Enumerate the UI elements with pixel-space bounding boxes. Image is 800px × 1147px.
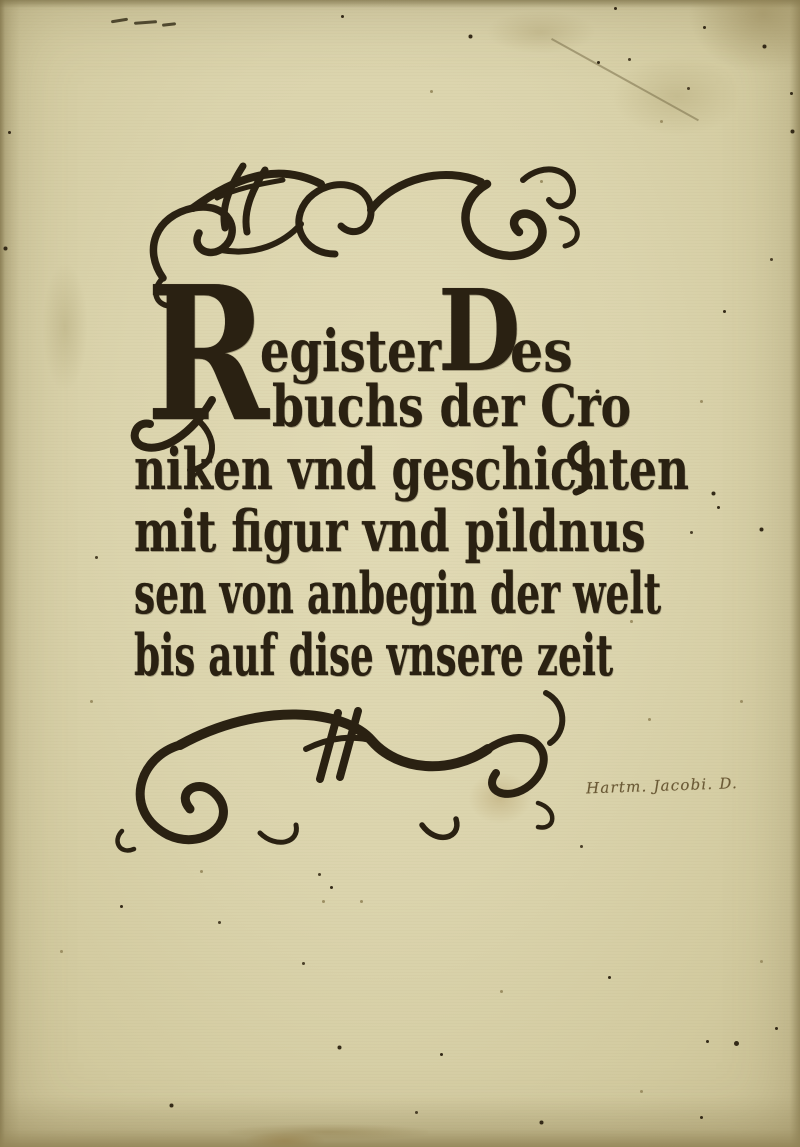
title-line-1-segment: egister: [260, 322, 441, 380]
title-line: niken vnd geschichten: [134, 441, 689, 498]
paper-stain: [42, 262, 88, 392]
paper-stain: [612, 56, 742, 136]
page-edge-top: [0, 0, 800, 8]
page-edge-bottom: [0, 1095, 800, 1147]
title-line: sen von anbegin der welt: [134, 565, 661, 622]
owner-inscription: Hartm. Jacobi. D.: [586, 773, 782, 798]
ink-dash-mark: [162, 22, 176, 26]
paper-stain: [486, 10, 596, 54]
title-line-1-segment: es: [510, 322, 573, 380]
foxing-speckles: [0, 0, 3, 3]
scratch-mark: [551, 38, 699, 121]
illuminated-initial-d: D: [438, 276, 521, 388]
manuscript-page: R egister D es buchs der Cro niken vnd g…: [0, 0, 800, 1147]
title-line: buchs der Cro: [272, 378, 631, 435]
page-edge-left: [0, 0, 20, 1147]
title-line: mit figur vnd pildnus: [134, 503, 645, 560]
ink-dash-mark: [111, 18, 128, 24]
paper-stain: [468, 772, 532, 824]
ink-dash-mark: [134, 20, 157, 25]
page-edge-right: [790, 0, 800, 1147]
calligraphic-flourish-bottom: [110, 683, 575, 861]
illuminated-initial-r: R: [146, 262, 269, 447]
paper-smudge: [228, 1124, 428, 1140]
title-line: bis auf dise vnsere zeit: [134, 627, 613, 684]
corner-stain: [688, 0, 800, 74]
paper-smudge: [246, 1132, 324, 1147]
